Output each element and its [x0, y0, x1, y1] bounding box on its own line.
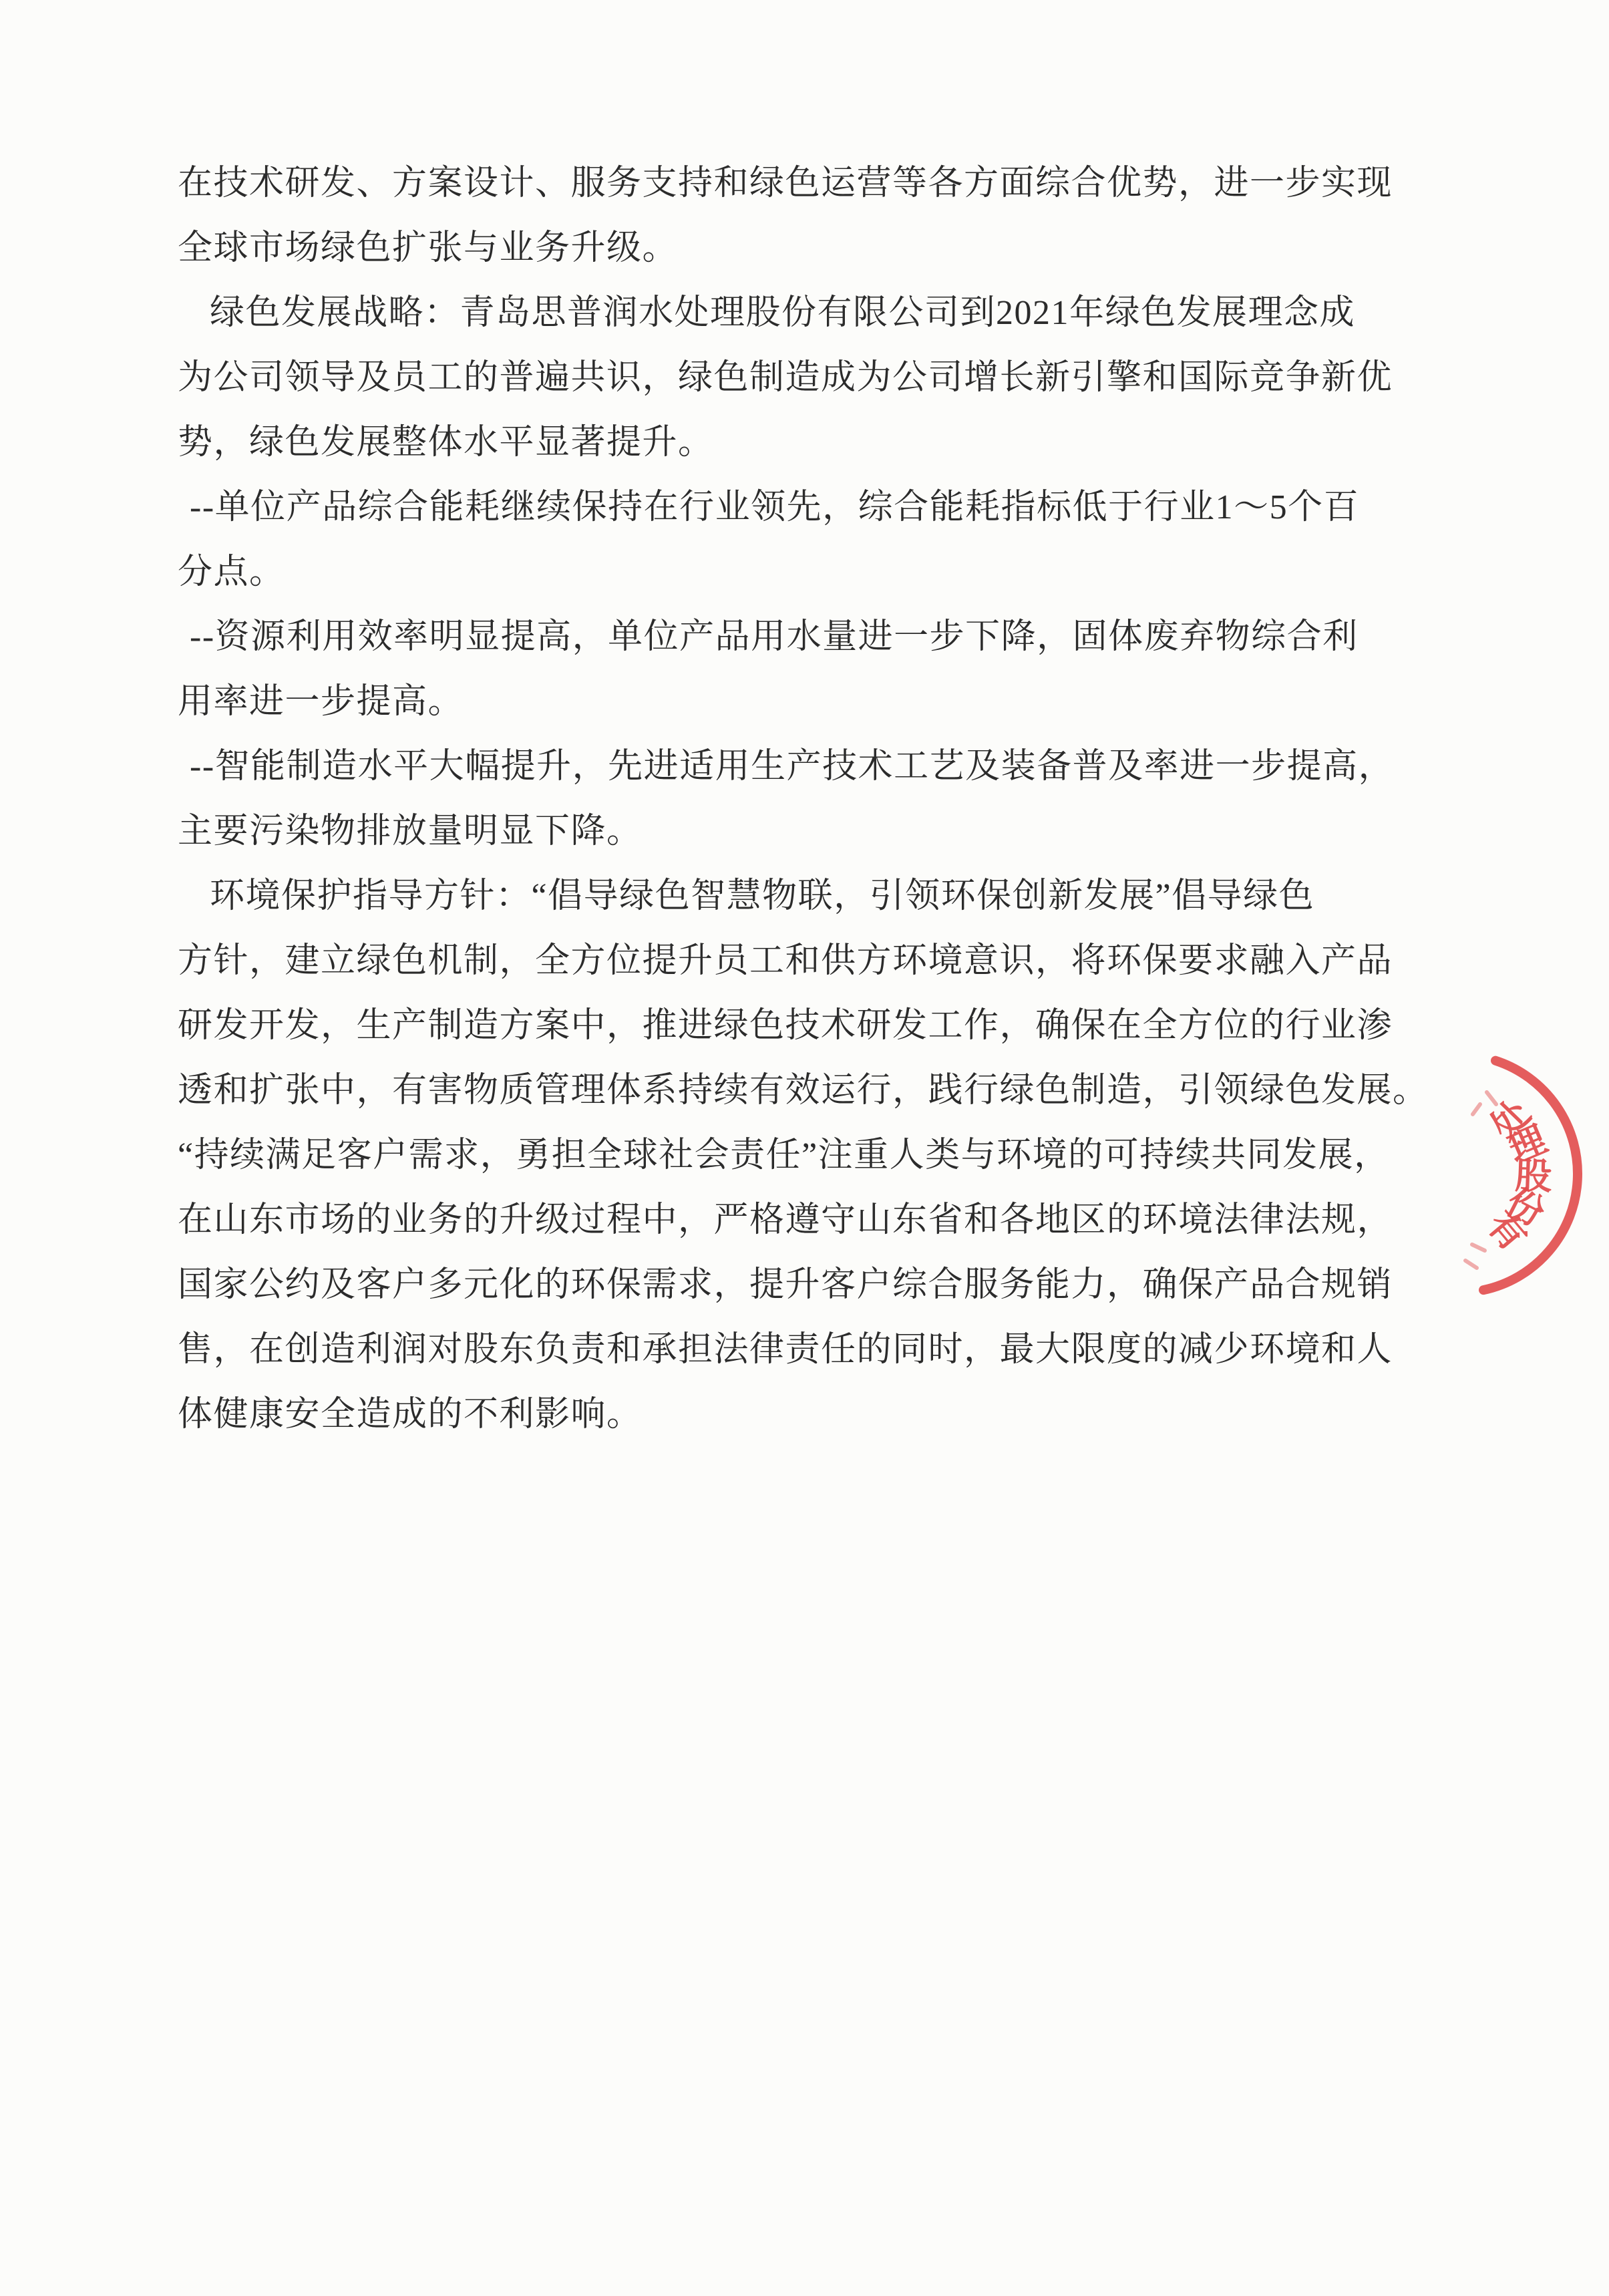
document-line: 体健康安全造成的不利影响。: [178, 1382, 1453, 1447]
document-line: 在技术研发、方案设计、服务支持和绿色运营等各方面综合优势，进一步实现: [178, 151, 1453, 216]
document-line: “持续满足客户需求，勇担全球社会责任”注重人类与环境的可持续共同发展，: [178, 1123, 1453, 1188]
document-line: 主要污染物排放量明显下降。: [178, 799, 1453, 864]
document-line: 研发开发，生产制造方案中，推进绿色技术研发工作，确保在全方位的行业渗: [178, 993, 1453, 1058]
document-line: 方针，建立绿色机制，全方位提升员工和供方环境意识，将环保要求融入产品: [178, 929, 1453, 993]
document-line: 势，绿色发展整体水平显著提升。: [178, 410, 1453, 475]
document-line: 在山东市场的业务的升级过程中，严格遵守山东省和各地区的环境法律法规，: [178, 1188, 1453, 1253]
document-line: 用率进一步提高。: [178, 669, 1453, 734]
document-line: 为公司领导及员工的普遍共识，绿色制造成为公司增长新引擎和国际竞争新优: [178, 345, 1453, 410]
document-line: 分点。: [178, 540, 1453, 605]
seal-partial-stroke: [1473, 1092, 1496, 1114]
document-line: 全球市场绿色扩张与业务升级。: [178, 216, 1453, 281]
document-line: --资源利用效率明显提高，单位产品用水量进一步下降，固体废弃物综合利: [178, 605, 1453, 669]
seal-character: 份: [1499, 1181, 1551, 1234]
document-body-text: 在技术研发、方案设计、服务支持和绿色运营等各方面综合优势，进一步实现 全球市场绿…: [178, 151, 1453, 1447]
document-line: 绿色发展战略：青岛思普润水处理股份有限公司到2021年绿色发展理念成: [178, 281, 1453, 345]
seal-character: 股: [1514, 1155, 1552, 1197]
document-line: 售，在创造利润对股东负责和承担法律责任的同时，最大限度的减少环境和人: [178, 1317, 1453, 1382]
seal-character: 理: [1503, 1118, 1552, 1170]
document-line: 环境保护指导方针：“倡导绿色智慧物联，引领环保创新发展”倡导绿色: [178, 864, 1453, 929]
document-line: --智能制造水平大幅提升，先进适用生产技术工艺及装备普及率进一步提高，: [178, 734, 1453, 799]
seal-character: 处: [1483, 1092, 1538, 1147]
seal-character: 有: [1479, 1204, 1534, 1258]
document-line: 国家公约及客户多元化的环保需求，提升客户综合服务能力，确保产品合规销: [178, 1253, 1453, 1317]
document-line: --单位产品综合能耗继续保持在行业领先，综合能耗指标低于行业1～5个百: [178, 475, 1453, 540]
document-page: 在技术研发、方案设计、服务支持和绿色运营等各方面综合优势，进一步实现 全球市场绿…: [0, 0, 1609, 2296]
document-line: 透和扩张中，有害物质管理体系持续有效运行，践行绿色制造，引领绿色发展。: [178, 1058, 1453, 1123]
seal-ring-arc: [1483, 1061, 1578, 1290]
seal-partial-stroke: [1465, 1245, 1485, 1268]
